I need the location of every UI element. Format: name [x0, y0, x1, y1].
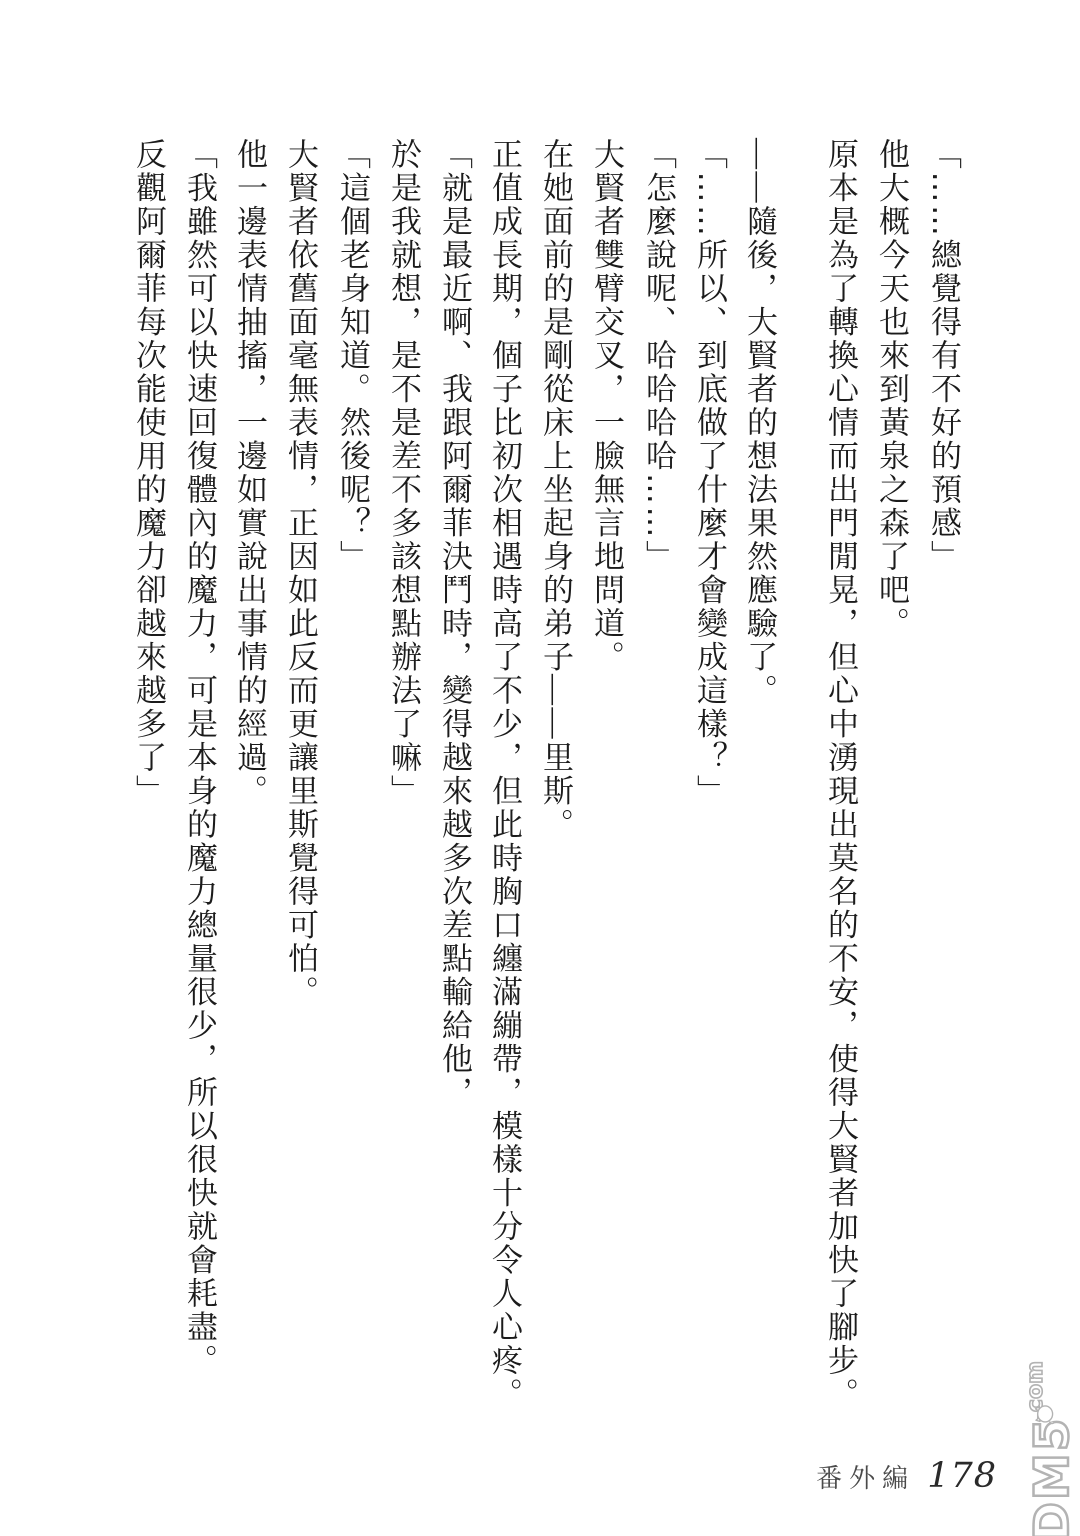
footer-section-label: 番外編 [816, 1458, 915, 1495]
novel-line: 他大概今天也來到黃泉之森了吧。 [866, 138, 917, 1483]
novel-line: ——隨後，大賢者的想法果然應驗了。 [734, 138, 785, 1483]
novel-line: 在她面前的是剛從床上坐起身的弟子——里斯。 [530, 138, 581, 1483]
novel-line: 「我雖然可以快速回復體內的魔力，可是本身的魔力總量很少，所以很快就會耗盡。 [173, 138, 224, 1483]
novel-page: 「……總覺得有不好的預感」 他大概今天也來到黃泉之森了吧。 原本是為了轉換心情而… [0, 0, 1080, 1536]
novel-line: 正值成長期，個子比初次相遇時高了不少，但此時胸口纏滿繃帶，模樣十分令人心疼。 [479, 138, 530, 1483]
novel-line: 「怎麼說呢、哈哈哈哈……」 [632, 138, 683, 1483]
novel-line: 「……總覺得有不好的預感」 [917, 138, 968, 1483]
watermark-mascot-icon [1024, 1402, 1064, 1426]
novel-line: 反觀阿爾菲每次能使用的魔力卻越來越多了」 [122, 138, 173, 1483]
novel-line: 大賢者依舊面毫無表情，正因如此反而更讓里斯覺得可怕。 [275, 138, 326, 1483]
vertical-text-block: 「……總覺得有不好的預感」 他大概今天也來到黃泉之森了吧。 原本是為了轉換心情而… [108, 138, 968, 1483]
novel-line: 「就是最近啊、我跟阿爾菲決鬥時，變得越來越多次差點輸給他， [428, 138, 479, 1483]
novel-line: 大賢者雙臂交叉，一臉無言地問道。 [581, 138, 632, 1483]
novel-line: 於是我就想，是不是差不多該想點辦法了嘛」 [377, 138, 428, 1483]
watermark-text: DM5 [1025, 1417, 1080, 1536]
watermark-suffix: .com [1023, 1361, 1048, 1420]
novel-line: 「這個老身知道。然後呢？」 [326, 138, 377, 1483]
novel-line: 原本是為了轉換心情而出門閒晃，但心中湧現出莫名的不安，使得大賢者加快了腳步。 [815, 138, 866, 1483]
novel-line: 「……所以、到底做了什麼才會變成這樣？」 [683, 138, 734, 1483]
watermark: DM5 .com [1021, 1361, 1080, 1536]
page-footer: 番外編 178 [816, 1456, 997, 1496]
footer-page-number: 178 [927, 1456, 997, 1496]
novel-line: 他一邊表情抽搐，一邊如實說出事情的經過。 [224, 138, 275, 1483]
